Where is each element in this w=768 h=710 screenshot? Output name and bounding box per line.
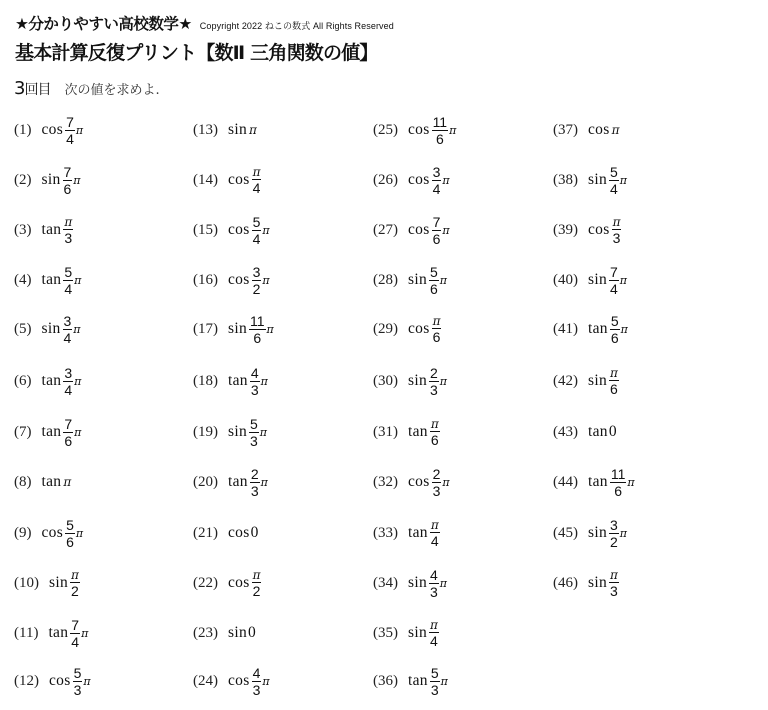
fraction-numerator: 3 <box>63 314 73 330</box>
fraction-numerator: 7 <box>609 265 619 281</box>
fraction: 53 <box>73 666 83 697</box>
problem-number: (6) <box>14 373 32 390</box>
fraction-numerator: 4 <box>429 568 439 584</box>
fraction-denominator: 2 <box>609 534 619 549</box>
fraction-numerator: π <box>430 418 440 432</box>
fraction: 56 <box>429 265 439 296</box>
fraction-denominator: 3 <box>430 682 440 697</box>
problem-number: (12) <box>14 673 39 690</box>
fraction-numerator: 5 <box>610 314 620 330</box>
pi-symbol: π <box>441 675 448 688</box>
fraction: 76 <box>63 165 73 196</box>
pi-symbol: π <box>621 323 628 336</box>
header-brand-line: ★分かりやすい高校数学★ Copyright 2022 ねこの数式 All Ri… <box>15 12 394 34</box>
problem-number: (31) <box>373 424 398 441</box>
fraction-denominator: 3 <box>429 382 439 397</box>
pi-symbol: π <box>620 527 627 540</box>
trig-function: cos <box>228 574 250 592</box>
fraction-numerator: 5 <box>73 666 83 682</box>
fraction: 32 <box>252 265 262 296</box>
fraction-numerator: π <box>252 166 262 180</box>
problem-number: (10) <box>14 575 39 592</box>
round-indicator: 3回目 <box>14 78 50 99</box>
trig-function: tan <box>228 473 248 491</box>
trig-function: sin <box>588 524 607 542</box>
pi-symbol: π <box>442 174 449 187</box>
fraction-denominator: 6 <box>435 131 445 146</box>
trig-function: cos <box>408 221 430 239</box>
fraction-denominator: 4 <box>65 131 75 146</box>
pi-symbol: π <box>267 323 274 336</box>
pi-symbol: π <box>440 375 447 388</box>
problem-number: (4) <box>14 272 32 289</box>
fraction: π6 <box>430 418 440 447</box>
fraction: 43 <box>429 568 439 599</box>
problem-number: (36) <box>373 673 398 690</box>
problem-item: (44)tan116π <box>553 462 635 502</box>
instruction-text: 次の値を求めよ. <box>64 83 159 98</box>
problem-number: (40) <box>553 272 578 289</box>
trig-function: sin <box>408 574 427 592</box>
problem-item: (23)sin0 <box>193 613 256 653</box>
pi-symbol: π <box>449 124 456 137</box>
fraction-denominator: 4 <box>432 181 442 196</box>
fraction-numerator: 5 <box>63 265 73 281</box>
problem-item: (3)tanπ3 <box>14 210 73 250</box>
fraction: π2 <box>252 569 262 598</box>
fraction-numerator: π <box>432 315 442 329</box>
problem-number: (21) <box>193 525 218 542</box>
problem-number: (17) <box>193 321 218 338</box>
fraction: 34 <box>63 366 73 397</box>
pi-symbol: π <box>260 426 267 439</box>
trig-function: sin <box>408 372 427 390</box>
fraction-numerator: π <box>252 569 262 583</box>
fraction-denominator: 4 <box>430 533 440 548</box>
fraction-numerator: 7 <box>70 618 80 634</box>
fraction-denominator: 3 <box>609 583 619 598</box>
pi-symbol: π <box>442 224 449 237</box>
round-number: 3 <box>14 78 24 99</box>
fraction: 56 <box>610 314 620 345</box>
fraction-numerator: 5 <box>429 265 439 281</box>
problem-item: (27)cos76π <box>373 210 450 250</box>
fraction: 23 <box>432 467 442 498</box>
fraction-denominator: 4 <box>252 180 262 195</box>
fraction-numerator: 3 <box>252 265 262 281</box>
problem-item: (26)cos34π <box>373 160 450 200</box>
trig-function: sin <box>588 372 607 390</box>
trig-function: tan <box>588 423 608 441</box>
pi-symbol: π <box>74 274 81 287</box>
problem-number: (34) <box>373 575 398 592</box>
trig-function: tan <box>42 221 62 239</box>
fraction: 74 <box>70 618 80 649</box>
problem-number: (38) <box>553 172 578 189</box>
trig-function: cos <box>228 221 250 239</box>
pi-symbol: π <box>74 426 81 439</box>
fraction: 53 <box>430 666 440 697</box>
problem-item: (1)cos74π <box>14 110 83 150</box>
pi-symbol: π <box>262 224 269 237</box>
problem-number: (22) <box>193 575 218 592</box>
problem-item: (40)sin74π <box>553 260 627 300</box>
fraction-numerator: 2 <box>429 366 439 382</box>
fraction: 23 <box>250 467 260 498</box>
fraction-denominator: 2 <box>252 281 262 296</box>
problem-item: (8)tanπ <box>14 462 71 502</box>
fraction-numerator: 7 <box>432 215 442 231</box>
problem-number: (23) <box>193 625 218 642</box>
trig-function: sin <box>588 574 607 592</box>
fraction-denominator: 6 <box>613 483 623 498</box>
fraction-denominator: 6 <box>430 432 440 447</box>
problem-item: (43)tan0 <box>553 412 617 452</box>
problem-item: (15)cos54π <box>193 210 270 250</box>
problem-item: (42)sinπ6 <box>553 361 619 401</box>
problem-number: (25) <box>373 122 398 139</box>
trig-function: sin <box>42 171 61 189</box>
fraction-denominator: 6 <box>609 381 619 396</box>
fraction: 43 <box>252 666 262 697</box>
problem-number: (18) <box>193 373 218 390</box>
fraction-numerator: 5 <box>65 518 75 534</box>
problem-item: (32)cos23π <box>373 462 450 502</box>
pi-symbol: π <box>262 274 269 287</box>
problem-number: (27) <box>373 222 398 239</box>
pi-symbol: π <box>261 476 268 489</box>
fraction-denominator: 3 <box>612 230 622 245</box>
fraction-denominator: 4 <box>252 231 262 246</box>
problem-item: (14)cosπ4 <box>193 160 261 200</box>
fraction: 34 <box>63 314 73 345</box>
problem-number: (26) <box>373 172 398 189</box>
trig-function: cos <box>228 524 250 542</box>
problem-number: (46) <box>553 575 578 592</box>
brand-title: ★分かりやすい高校数学★ <box>15 15 192 33</box>
fraction-numerator: 4 <box>250 366 260 382</box>
problem-item: (30)sin23π <box>373 361 447 401</box>
pi-symbol: π <box>261 375 268 388</box>
fraction-denominator: 6 <box>65 534 75 549</box>
problem-item: (12)cos53π <box>14 661 91 701</box>
trig-function: tan <box>408 524 428 542</box>
fraction-denominator: 4 <box>609 281 619 296</box>
problem-item: (20)tan23π <box>193 462 268 502</box>
problem-number: (28) <box>373 272 398 289</box>
problem-item: (9)cos56π <box>14 513 83 553</box>
fraction: 116 <box>432 115 449 146</box>
fraction-numerator: 11 <box>432 115 449 131</box>
pi-symbol: π <box>620 274 627 287</box>
problem-item: (25)cos116π <box>373 110 456 150</box>
fraction-numerator: π <box>612 216 622 230</box>
fraction-numerator: 5 <box>252 215 262 231</box>
pi-symbol: π <box>440 577 447 590</box>
problem-item: (19)sin53π <box>193 412 267 452</box>
problem-number: (1) <box>14 122 32 139</box>
round-label: 回目 <box>24 82 50 98</box>
problem-item: (36)tan53π <box>373 661 448 701</box>
fraction-numerator: π <box>429 619 439 633</box>
fraction-denominator: 2 <box>70 583 80 598</box>
fraction: 32 <box>609 518 619 549</box>
trig-function: cos <box>588 121 610 139</box>
pi-symbol: π <box>73 174 80 187</box>
fraction: 54 <box>609 165 619 196</box>
fraction: π6 <box>609 367 619 396</box>
problem-number: (35) <box>373 625 398 642</box>
problem-item: (38)sin54π <box>553 160 627 200</box>
problem-number: (14) <box>193 172 218 189</box>
fraction-denominator: 3 <box>250 483 260 498</box>
fraction: 54 <box>63 265 73 296</box>
problem-number: (19) <box>193 424 218 441</box>
pi-symbol: π <box>74 375 81 388</box>
page-title: 基本計算反復プリント【数Ⅱ 三角関数の値】 <box>15 38 378 65</box>
trig-function: sin <box>49 574 68 592</box>
problem-item: (29)cosπ6 <box>373 309 441 349</box>
pi-symbol: π <box>76 124 83 137</box>
fraction-numerator: 3 <box>63 366 73 382</box>
pi-symbol: π <box>81 627 88 640</box>
fraction: 116 <box>610 467 627 498</box>
fraction: 43 <box>250 366 260 397</box>
trig-function: sin <box>588 271 607 289</box>
trig-function: cos <box>228 171 250 189</box>
trig-function: sin <box>408 271 427 289</box>
pi-symbol: π <box>83 675 90 688</box>
problem-number: (43) <box>553 424 578 441</box>
fraction-denominator: 4 <box>63 281 73 296</box>
fraction-denominator: 4 <box>70 634 80 649</box>
trig-function: tan <box>408 423 428 441</box>
fraction-denominator: 4 <box>609 181 619 196</box>
problem-item: (10)sinπ2 <box>14 563 80 603</box>
trig-function: tan <box>42 271 62 289</box>
problem-number: (16) <box>193 272 218 289</box>
fraction: 116 <box>249 314 266 345</box>
pi-symbol: π <box>73 323 80 336</box>
fraction: 56 <box>65 518 75 549</box>
problem-item: (41)tan56π <box>553 309 628 349</box>
trig-function: sin <box>588 171 607 189</box>
trig-function: sin <box>228 624 247 642</box>
problem-item: (24)cos43π <box>193 661 270 701</box>
fraction: 53 <box>249 417 259 448</box>
trig-function: cos <box>408 473 430 491</box>
fraction-numerator: π <box>430 519 440 533</box>
fraction-denominator: 3 <box>73 682 83 697</box>
problem-number: (37) <box>553 122 578 139</box>
problem-number: (32) <box>373 474 398 491</box>
problem-number: (13) <box>193 122 218 139</box>
problem-item: (6)tan34π <box>14 361 81 401</box>
problem-item: (18)tan43π <box>193 361 268 401</box>
problem-number: (9) <box>14 525 32 542</box>
fraction-denominator: 6 <box>63 433 73 448</box>
fraction-denominator: 3 <box>432 483 442 498</box>
fraction: 23 <box>429 366 439 397</box>
fraction: 54 <box>252 215 262 246</box>
problem-item: (4)tan54π <box>14 260 81 300</box>
fraction-denominator: 3 <box>63 230 73 245</box>
problem-number: (41) <box>553 321 578 338</box>
problem-item: (13)sinπ <box>193 110 257 150</box>
trig-function: sin <box>228 320 247 338</box>
problem-number: (7) <box>14 424 32 441</box>
trig-function: cos <box>408 171 430 189</box>
fraction-numerator: 7 <box>65 115 75 131</box>
fraction-numerator: 4 <box>252 666 262 682</box>
fraction-numerator: 5 <box>249 417 259 433</box>
problem-number: (39) <box>553 222 578 239</box>
problem-number: (42) <box>553 373 578 390</box>
fraction-denominator: 6 <box>252 330 262 345</box>
fraction-numerator: 2 <box>432 467 442 483</box>
problem-number: (5) <box>14 321 32 338</box>
trig-function: tan <box>588 473 608 491</box>
fraction-denominator: 3 <box>429 584 439 599</box>
problem-item: (33)tanπ4 <box>373 513 440 553</box>
fraction-denominator: 6 <box>63 181 73 196</box>
fraction-numerator: 11 <box>610 467 627 483</box>
fraction: π4 <box>430 519 440 548</box>
fraction-numerator: π <box>609 367 619 381</box>
fraction-denominator: 6 <box>432 231 442 246</box>
problem-number: (11) <box>14 625 38 642</box>
function-argument: π <box>63 475 71 489</box>
trig-function: tan <box>228 372 248 390</box>
fraction: 74 <box>65 115 75 146</box>
problem-item: (45)sin32π <box>553 513 627 553</box>
fraction-denominator: 4 <box>429 633 439 648</box>
trig-function: tan <box>42 372 62 390</box>
trig-function: cos <box>49 672 71 690</box>
problem-item: (21)cos0 <box>193 513 258 553</box>
problem-number: (2) <box>14 172 32 189</box>
fraction: 76 <box>63 417 73 448</box>
copyright-notice: Copyright 2022 ねこの数式 All Rights Reserved <box>200 21 394 31</box>
problem-item: (2)sin76π <box>14 160 81 200</box>
fraction-numerator: π <box>63 216 73 230</box>
pi-symbol: π <box>627 476 634 489</box>
trig-function: cos <box>588 221 610 239</box>
fraction-denominator: 4 <box>63 382 73 397</box>
trig-function: tan <box>588 320 608 338</box>
problem-number: (30) <box>373 373 398 390</box>
problem-item: (37)cosπ <box>553 110 619 150</box>
fraction: π4 <box>429 619 439 648</box>
fraction-denominator: 6 <box>610 330 620 345</box>
problem-number: (24) <box>193 673 218 690</box>
fraction: π3 <box>63 216 73 245</box>
trig-function: tan <box>48 624 68 642</box>
fraction: π3 <box>612 216 622 245</box>
fraction: π4 <box>252 166 262 195</box>
problem-number: (29) <box>373 321 398 338</box>
trig-function: cos <box>228 672 250 690</box>
problem-item: (5)sin34π <box>14 309 81 349</box>
fraction: 74 <box>609 265 619 296</box>
pi-symbol: π <box>620 174 627 187</box>
problem-item: (11)tan74π <box>14 613 88 653</box>
round-line: 3回目 次の値を求めよ. <box>14 78 160 99</box>
problem-number: (45) <box>553 525 578 542</box>
problem-item: (34)sin43π <box>373 563 447 603</box>
problem-number: (15) <box>193 222 218 239</box>
fraction-numerator: 7 <box>63 417 73 433</box>
fraction-numerator: 5 <box>430 666 440 682</box>
fraction-denominator: 3 <box>250 382 260 397</box>
fraction-denominator: 4 <box>63 330 73 345</box>
pi-symbol: π <box>76 527 83 540</box>
fraction: π2 <box>70 569 80 598</box>
fraction-numerator: 3 <box>432 165 442 181</box>
fraction: 34 <box>432 165 442 196</box>
trig-function: cos <box>408 320 430 338</box>
problem-number: (33) <box>373 525 398 542</box>
problem-number: (8) <box>14 474 32 491</box>
fraction-denominator: 3 <box>249 433 259 448</box>
problem-number: (20) <box>193 474 218 491</box>
problem-item: (22)cosπ2 <box>193 563 261 603</box>
trig-function: sin <box>408 624 427 642</box>
trig-function: tan <box>42 473 62 491</box>
trig-function: tan <box>408 672 428 690</box>
fraction-denominator: 6 <box>429 281 439 296</box>
problem-item: (35)sinπ4 <box>373 613 439 653</box>
function-argument: 0 <box>251 524 259 542</box>
fraction-denominator: 6 <box>432 329 442 344</box>
problem-item: (17)sin116π <box>193 309 274 349</box>
pi-symbol: π <box>442 476 449 489</box>
fraction: π3 <box>609 569 619 598</box>
problem-item: (39)cosπ3 <box>553 210 621 250</box>
fraction-numerator: 3 <box>609 518 619 534</box>
trig-function: sin <box>228 423 247 441</box>
fraction: 76 <box>432 215 442 246</box>
problem-number: (3) <box>14 222 32 239</box>
problem-item: (46)sinπ3 <box>553 563 619 603</box>
function-argument: 0 <box>248 624 256 642</box>
trig-function: tan <box>42 423 62 441</box>
problem-item: (16)cos32π <box>193 260 270 300</box>
trig-function: sin <box>42 320 61 338</box>
function-argument: π <box>612 123 620 137</box>
fraction-numerator: 5 <box>609 165 619 181</box>
pi-symbol: π <box>262 675 269 688</box>
fraction-denominator: 3 <box>252 682 262 697</box>
problem-number: (44) <box>553 474 578 491</box>
fraction-numerator: π <box>609 569 619 583</box>
fraction-numerator: 11 <box>249 314 266 330</box>
trig-function: cos <box>408 121 430 139</box>
pi-symbol: π <box>440 274 447 287</box>
function-argument: π <box>249 123 257 137</box>
fraction-numerator: 7 <box>63 165 73 181</box>
trig-function: cos <box>42 121 64 139</box>
fraction-numerator: π <box>70 569 80 583</box>
fraction-denominator: 2 <box>252 583 262 598</box>
trig-function: cos <box>228 271 250 289</box>
trig-function: sin <box>228 121 247 139</box>
trig-function: cos <box>42 524 64 542</box>
problem-item: (7)tan76π <box>14 412 81 452</box>
fraction-numerator: 2 <box>250 467 260 483</box>
fraction: π6 <box>432 315 442 344</box>
problem-item: (28)sin56π <box>373 260 447 300</box>
